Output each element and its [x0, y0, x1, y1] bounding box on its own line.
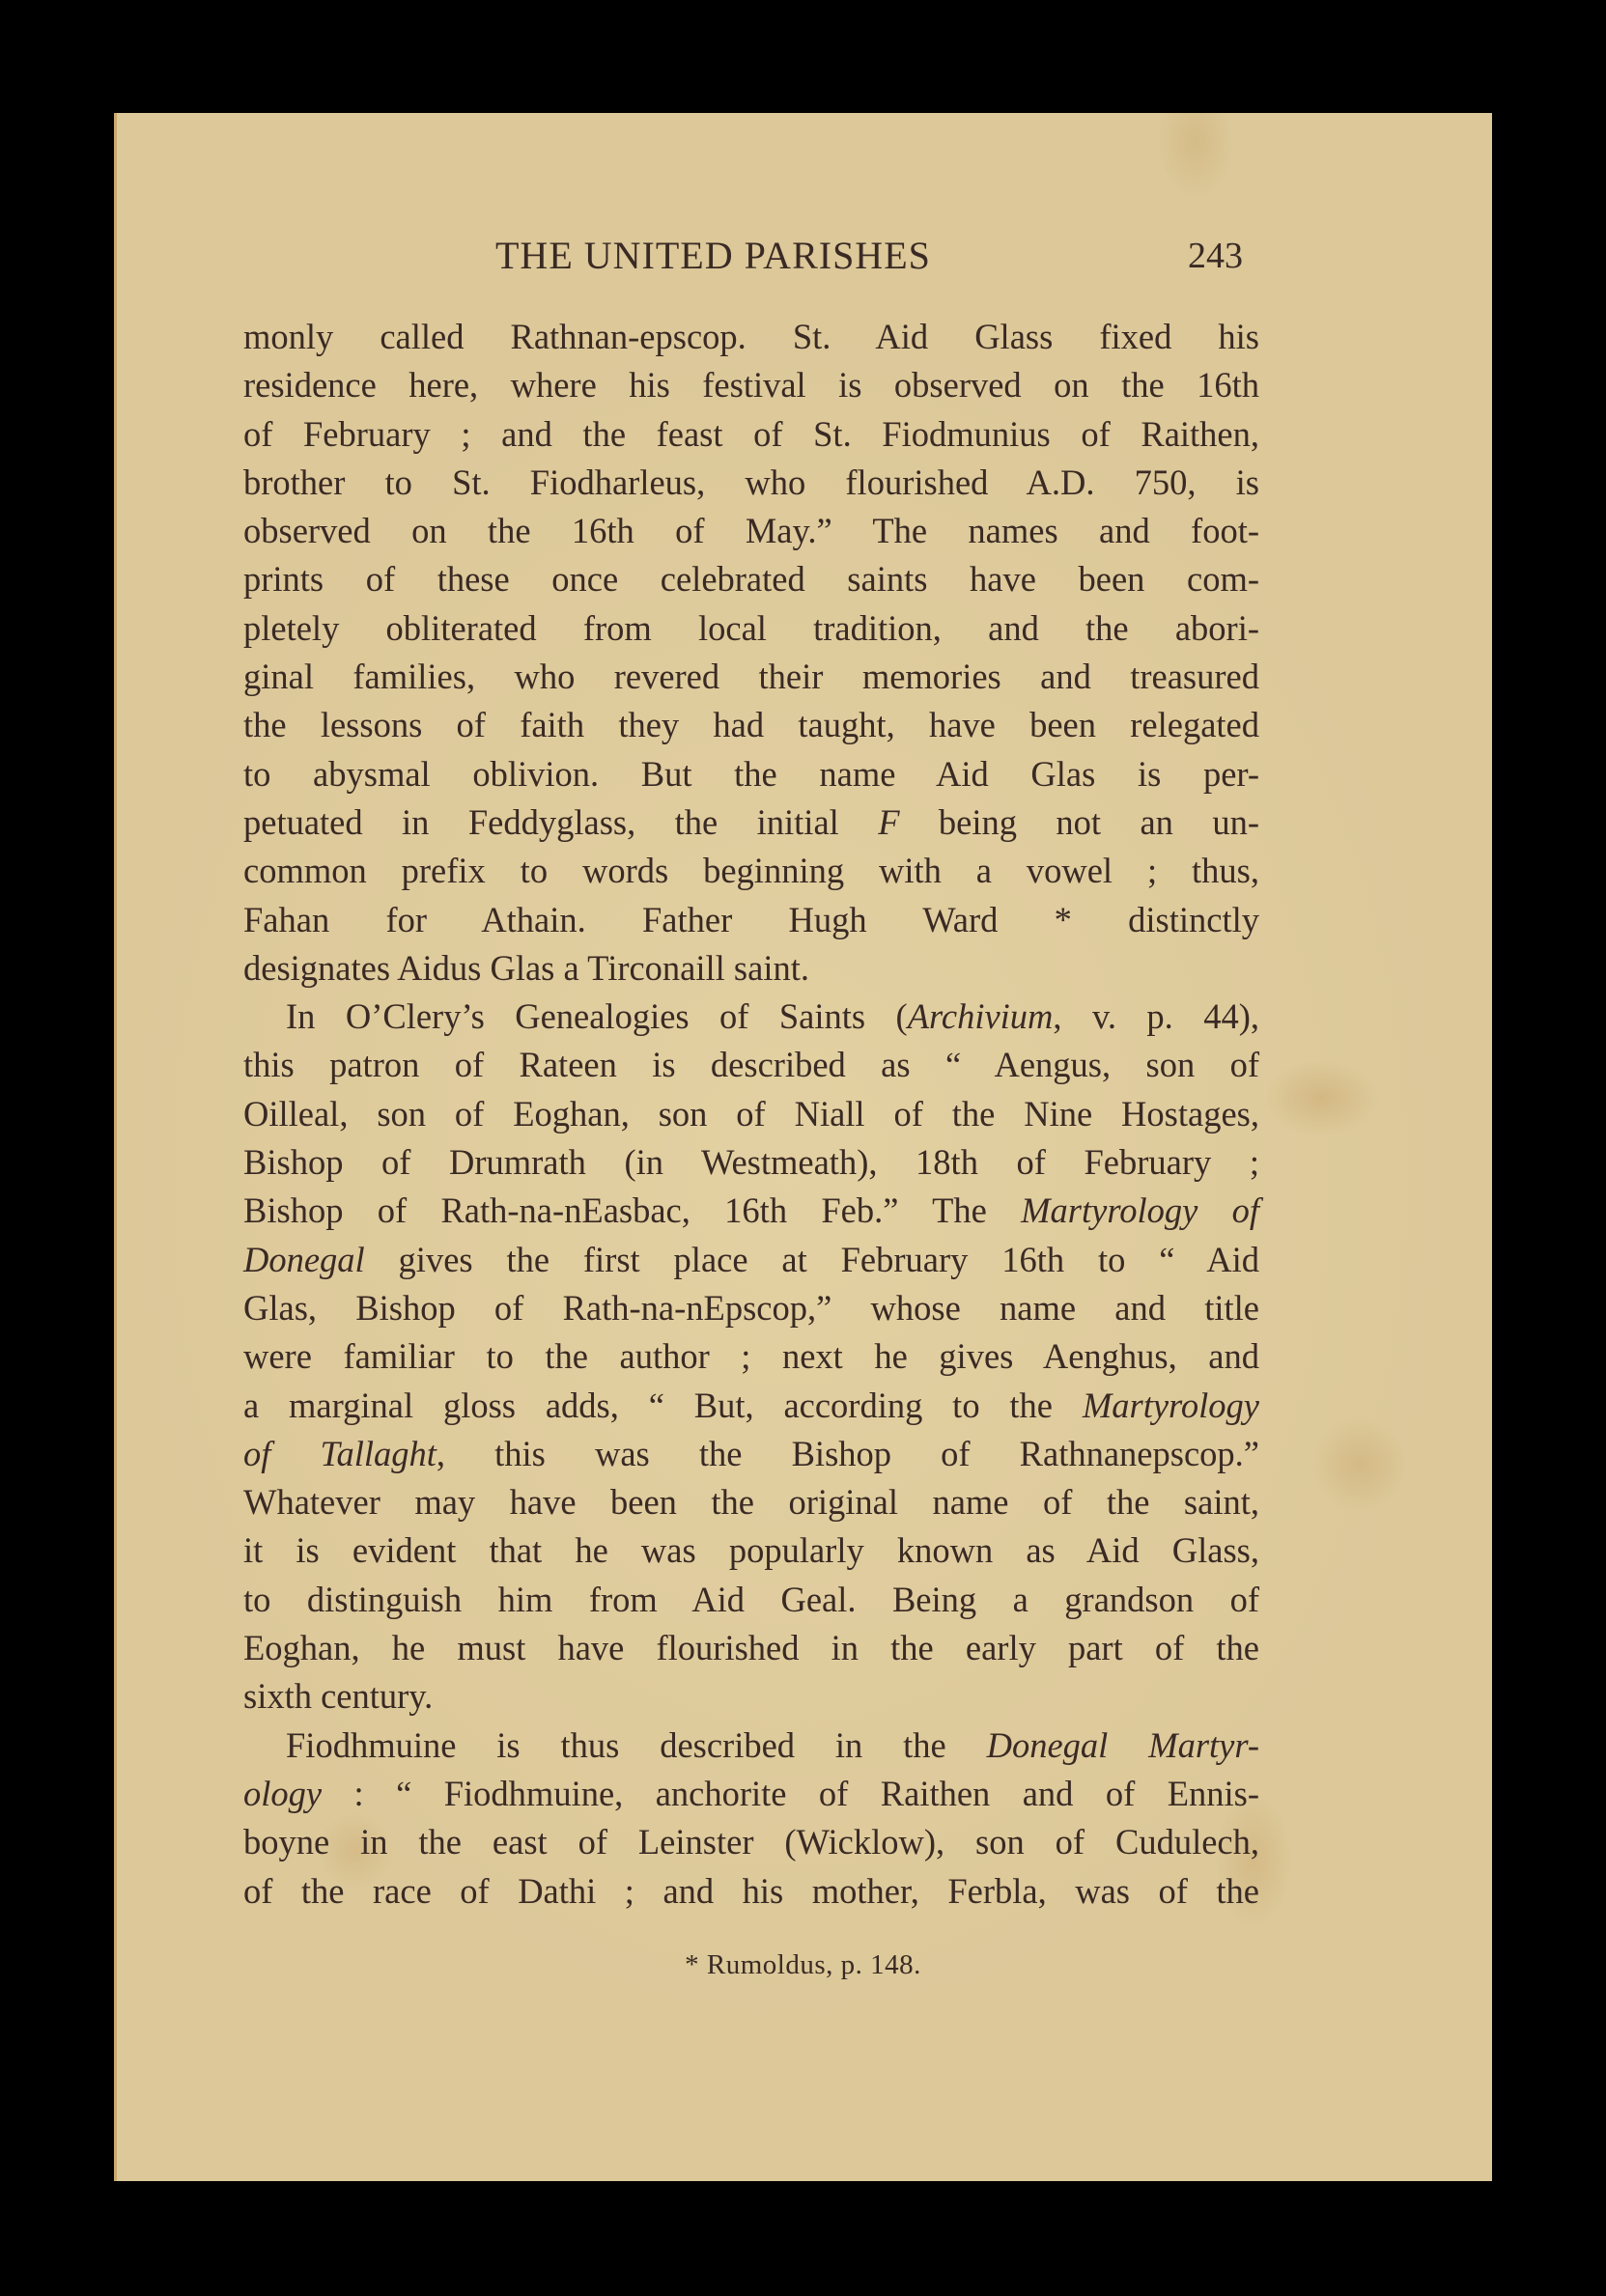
- page-number: 243: [1188, 227, 1243, 285]
- text-line: Bishop of Rath-na-nEasbac, 16th Feb.” Th…: [243, 1187, 1259, 1235]
- text-line: In O’Clery’s Genealogies of Saints (Arch…: [243, 993, 1259, 1041]
- text-line: it is evident that he was popularly know…: [243, 1526, 1259, 1575]
- text-run: petuated in Feddyglass, the initial: [243, 802, 878, 842]
- text-line: ginal families, who revered their memori…: [243, 653, 1259, 701]
- text-line: of February ; and the feast of St. Fiodm…: [243, 410, 1259, 459]
- text-run: : “ Fiodhmuine, anchorite of Raithen and…: [322, 1774, 1259, 1813]
- text-run: sixth century.: [243, 1676, 433, 1716]
- text-run: a marginal gloss adds, “ But, according …: [243, 1386, 1083, 1425]
- text-run: residence here, where his festival is ob…: [243, 365, 1259, 405]
- text-line: sixth century.: [243, 1672, 1259, 1721]
- text-run: In O’Clery’s Genealogies of Saints (: [286, 996, 908, 1036]
- text-run: Oilleal, son of Eoghan, son of Niall of …: [243, 1094, 1259, 1134]
- text-line: Whatever may have been the original name…: [243, 1478, 1259, 1526]
- text-line: brother to St. Fiodharleus, who flourish…: [243, 459, 1259, 507]
- text-run: of February ; and the feast of St. Fiodm…: [243, 414, 1259, 454]
- text-run: Bishop of Drumrath (in Westmeath), 18th …: [243, 1142, 1259, 1182]
- text-run: , this was the Bishop of Rathnanepscop.”: [437, 1434, 1259, 1473]
- text-line: Eoghan, he must have flourished in the e…: [243, 1624, 1259, 1672]
- text-line: petuated in Feddyglass, the initial F be…: [243, 798, 1259, 847]
- text-run: to abysmal oblivion. But the name Aid Gl…: [243, 754, 1259, 794]
- text-line: boyne in the east of Leinster (Wicklow),…: [243, 1818, 1259, 1866]
- text-run: Glas, Bishop of Rath-na-nEpscop,” whose …: [243, 1288, 1259, 1328]
- text-line: common prefix to words beginning with a …: [243, 847, 1259, 895]
- text-run: , v. p. 44),: [1053, 996, 1259, 1036]
- text-run: common prefix to words beginning with a …: [243, 851, 1259, 890]
- running-head: THE UNITED PARISHES: [495, 227, 931, 285]
- text-run: brother to St. Fiodharleus, who flourish…: [243, 462, 1259, 502]
- text-line: the lessons of faith they had taught, ha…: [243, 701, 1259, 749]
- italic-text: Donegal Martyr-: [987, 1725, 1259, 1765]
- text-run: boyne in the east of Leinster (Wicklow),…: [243, 1822, 1259, 1862]
- page-header: THE UNITED PARISHES 243: [114, 227, 1492, 285]
- text-run: this patron of Rateen is described as “ …: [243, 1045, 1259, 1084]
- text-line: Oilleal, son of Eoghan, son of Niall of …: [243, 1090, 1259, 1138]
- italic-text: Archivium: [908, 996, 1054, 1036]
- text-line: a marginal gloss adds, “ But, according …: [243, 1382, 1259, 1430]
- text-line: were familiar to the author ; next he gi…: [243, 1332, 1259, 1381]
- text-line: Fiodhmuine is thus described in the Done…: [243, 1722, 1259, 1770]
- body-text: monly called Rathnan-epscop. St. Aid Gla…: [243, 313, 1259, 1916]
- text-run: Bishop of Rath-na-nEasbac, 16th Feb.” Th…: [243, 1190, 1021, 1230]
- text-line: designates Aidus Glas a Tirconaill saint…: [243, 944, 1259, 993]
- italic-text: Martyrology: [1083, 1386, 1259, 1425]
- text-run: the lessons of faith they had taught, ha…: [243, 705, 1259, 744]
- text-run: pletely obliterated from local tradition…: [243, 608, 1259, 648]
- text-run: prints of these once celebrated saints h…: [243, 559, 1259, 599]
- text-run: Fiodhmuine is thus described in the: [286, 1725, 987, 1765]
- footnote: * Rumoldus, p. 148.: [114, 1949, 1492, 1981]
- italic-text: F: [878, 802, 899, 842]
- text-run: monly called Rathnan-epscop. St. Aid Gla…: [243, 317, 1259, 356]
- text-line: to distinguish him from Aid Geal. Being …: [243, 1576, 1259, 1624]
- text-line: prints of these once celebrated saints h…: [243, 555, 1259, 603]
- text-line: pletely obliterated from local tradition…: [243, 604, 1259, 653]
- text-run: ginal families, who revered their memori…: [243, 657, 1259, 696]
- text-run: Fahan for Athain. Father Hugh Ward * dis…: [243, 900, 1259, 939]
- text-line: Bishop of Drumrath (in Westmeath), 18th …: [243, 1138, 1259, 1187]
- text-line: residence here, where his festival is ob…: [243, 361, 1259, 409]
- text-run: were familiar to the author ; next he gi…: [243, 1336, 1259, 1376]
- text-line: this patron of Rateen is described as “ …: [243, 1041, 1259, 1089]
- book-page: THE UNITED PARISHES 243 monly called Rat…: [114, 113, 1492, 2181]
- text-line: of Tallaght, this was the Bishop of Rath…: [243, 1430, 1259, 1478]
- text-line: Fahan for Athain. Father Hugh Ward * dis…: [243, 896, 1259, 944]
- italic-text: Martyrology of: [1021, 1190, 1259, 1230]
- text-line: observed on the 16th of May.” The names …: [243, 507, 1259, 555]
- text-run: observed on the 16th of May.” The names …: [243, 511, 1259, 550]
- text-line: Donegal gives the first place at Februar…: [243, 1236, 1259, 1284]
- italic-text: Donegal: [243, 1240, 365, 1279]
- text-run: being not an un-: [900, 802, 1259, 842]
- text-run: Whatever may have been the original name…: [243, 1482, 1259, 1522]
- text-line: of the race of Dathi ; and his mother, F…: [243, 1867, 1259, 1916]
- text-run: designates Aidus Glas a Tirconaill saint…: [243, 948, 809, 988]
- text-line: ology : “ Fiodhmuine, anchorite of Raith…: [243, 1770, 1259, 1818]
- italic-text: ology: [243, 1774, 322, 1813]
- text-run: gives the first place at February 16th t…: [365, 1240, 1259, 1279]
- text-line: to abysmal oblivion. But the name Aid Gl…: [243, 750, 1259, 798]
- text-line: Glas, Bishop of Rath-na-nEpscop,” whose …: [243, 1284, 1259, 1332]
- text-line: monly called Rathnan-epscop. St. Aid Gla…: [243, 313, 1259, 361]
- text-run: Eoghan, he must have flourished in the e…: [243, 1628, 1259, 1667]
- italic-text: of Tallaght: [243, 1434, 437, 1473]
- text-run: of the race of Dathi ; and his mother, F…: [243, 1871, 1259, 1911]
- text-run: it is evident that he was popularly know…: [243, 1530, 1259, 1570]
- text-run: to distinguish him from Aid Geal. Being …: [243, 1580, 1259, 1619]
